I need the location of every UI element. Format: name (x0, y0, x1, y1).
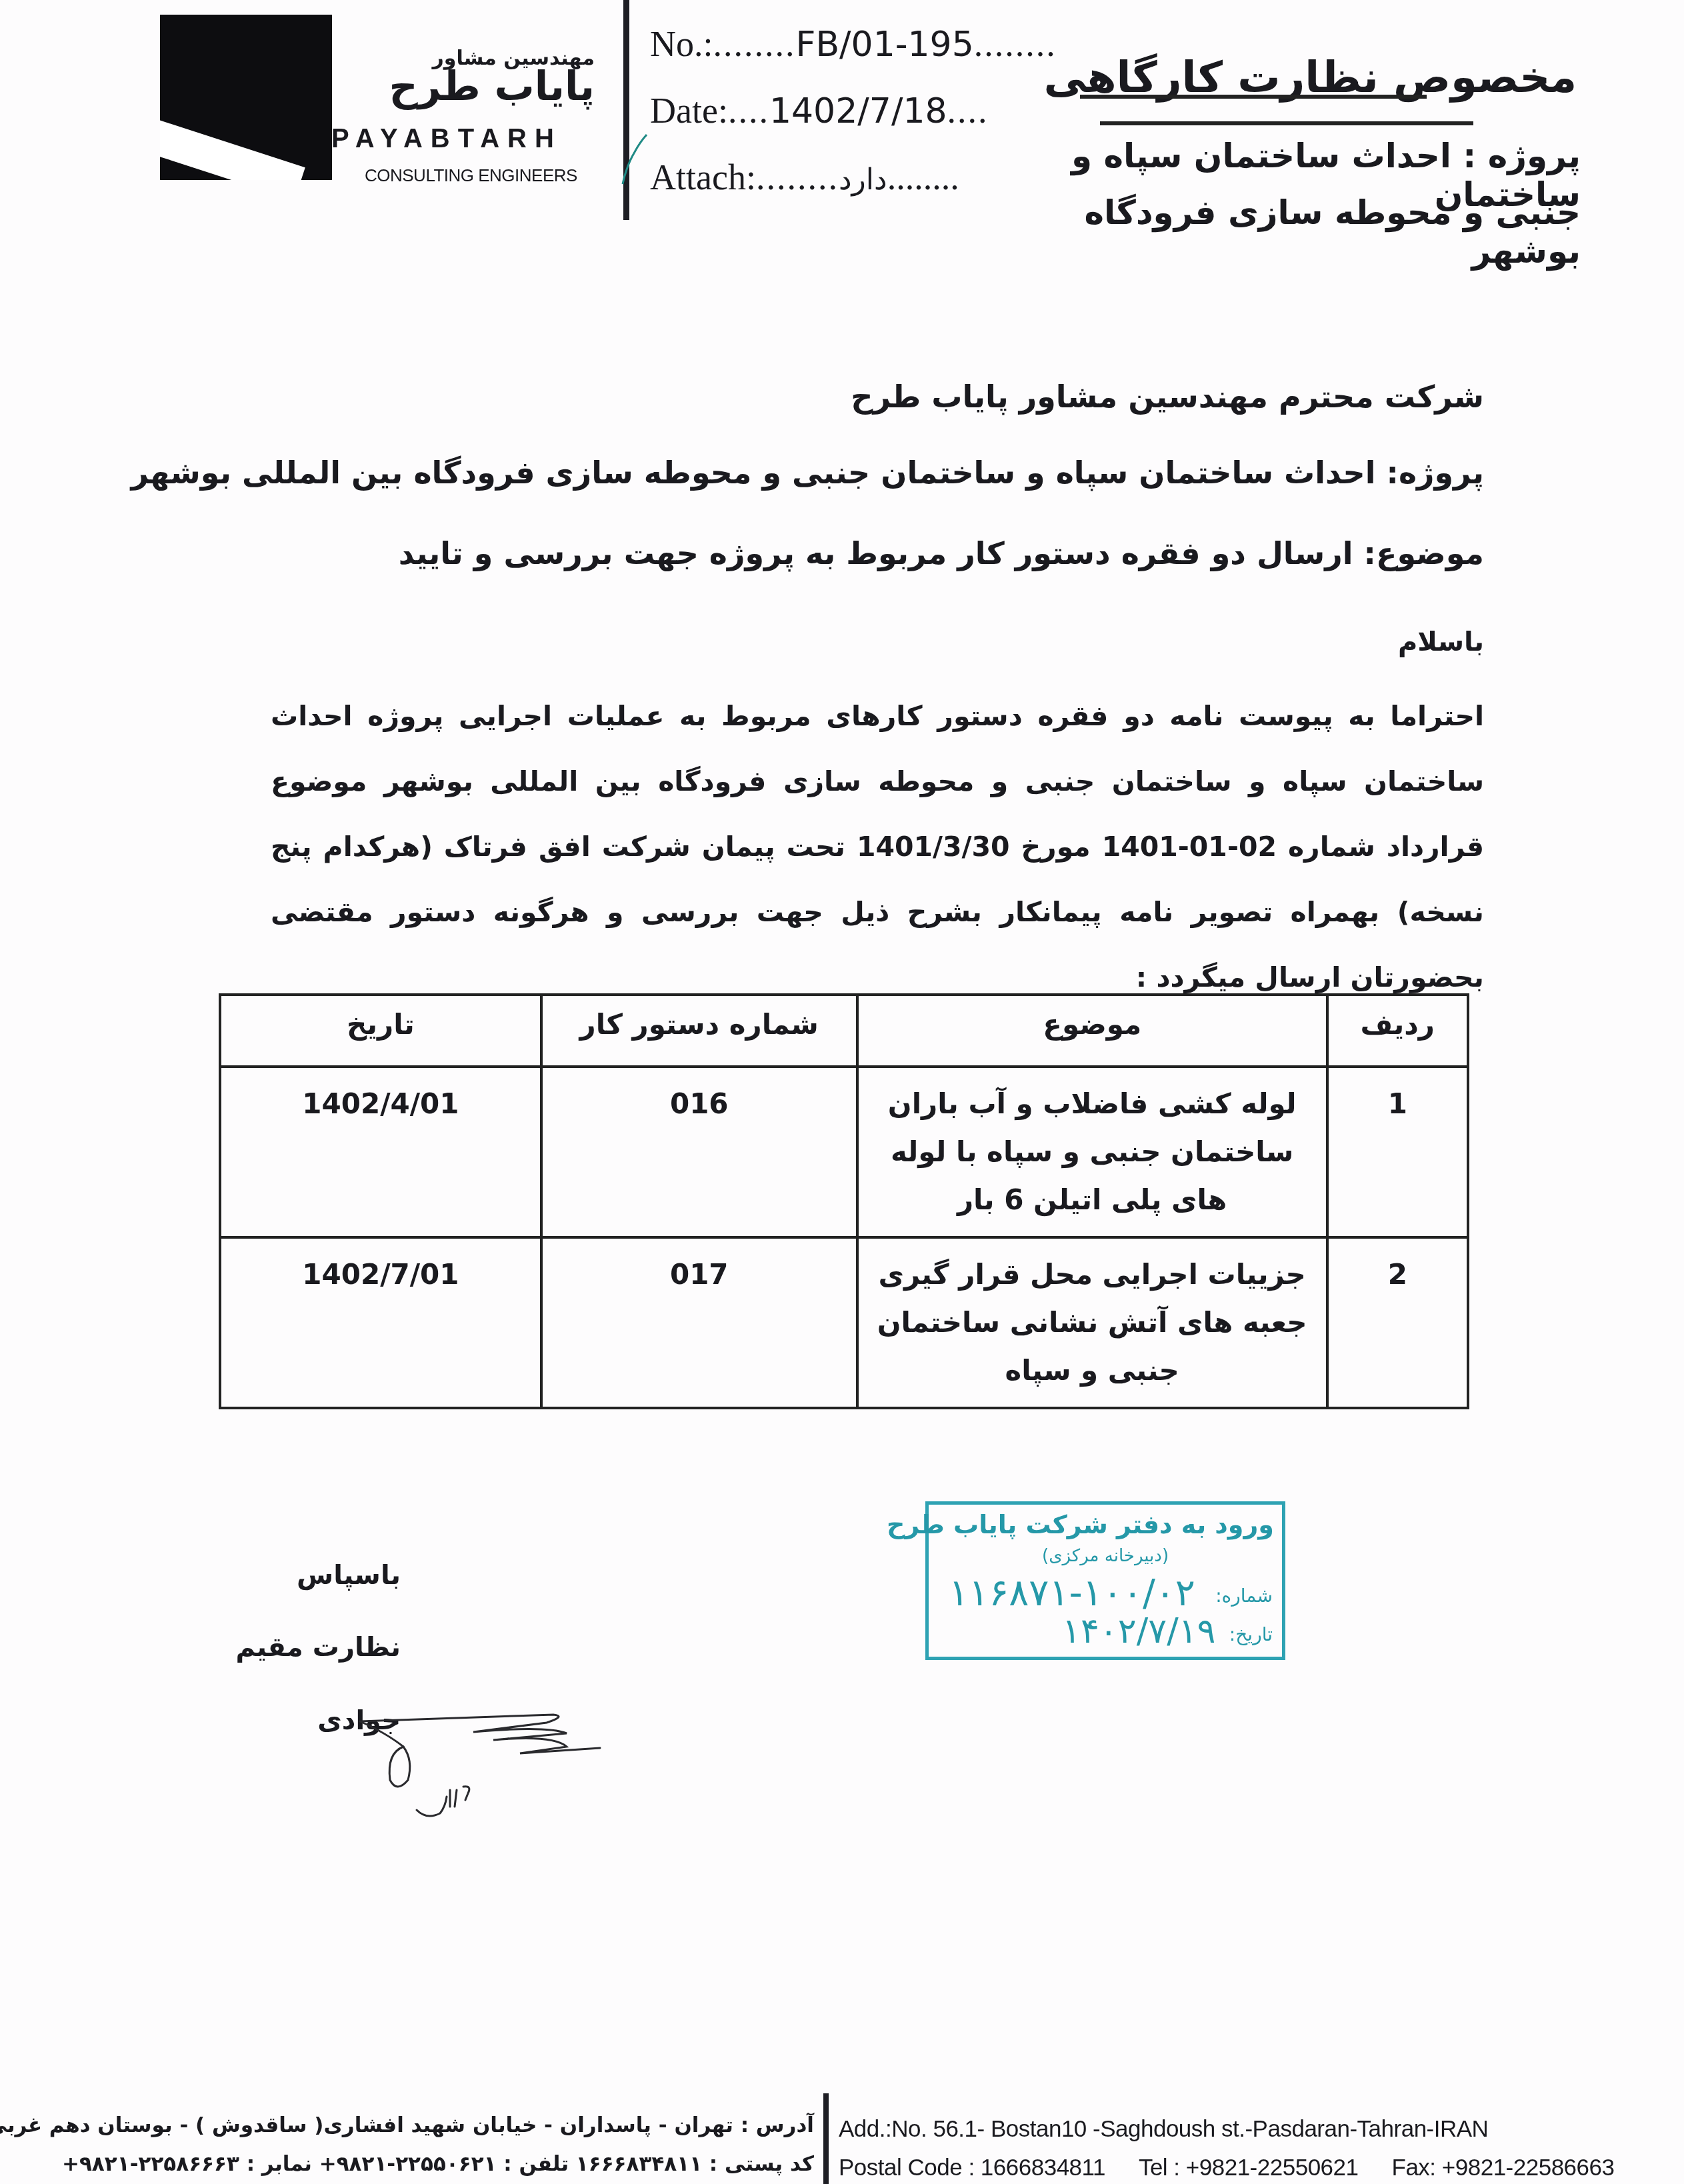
table-row: 2 جزییات اجرایی محل قرار گیری جعبه های آ… (220, 1237, 1468, 1408)
stamp-number-label: شماره: (1215, 1585, 1273, 1607)
footer-tel: Tel : +9821-22550621 (1139, 2155, 1359, 2181)
department-title: مخصوص نظارت کارگاهی (1080, 47, 1577, 127)
table-header-row: ردیف موضوع شماره دستور کار تاریخ (220, 995, 1468, 1067)
cell-row-number: 2 (1327, 1237, 1468, 1408)
cell-work-order-number: 016 (541, 1067, 857, 1237)
table-row: 1 لوله کشی فاضلاب و آب باران ساختمان جنب… (220, 1067, 1468, 1237)
project-header-line: جنبی و محوطه سازی فرودگاه بوشهر (981, 193, 1581, 271)
header-date: تاریخ (220, 995, 541, 1067)
cell-date: 1402/4/01 (220, 1067, 541, 1237)
stamp-subtitle: (دبیرخانه مرکزی) (1042, 1546, 1169, 1566)
cell-date: 1402/7/01 (220, 1237, 541, 1408)
ref-date-value: 1402/7/18 (769, 91, 947, 131)
ref-attach-label: Attach: (650, 157, 756, 197)
body-paragraph: احتراما به پیوست نامه دو فقره دستور کاره… (271, 683, 1484, 1010)
cell-work-order-number: 017 (541, 1237, 857, 1408)
footer-contact-fa: کد پستی : ۱۶۶۶۸۳۴۸۱۱ تلفن : ۲۲۵۵۰۶۲۱-۹۸۲… (62, 2152, 814, 2176)
reference-number: No.:........FB/01-195........ (650, 23, 1057, 65)
closing-thanks: باسپاس (297, 1560, 401, 1591)
footer-postal-code: Postal Code : 1666834811 (839, 2155, 1105, 2181)
company-logo-mark (160, 15, 332, 180)
stamp-title: ورود به دفتر شرکت پایاب طرح (887, 1510, 1274, 1539)
stamp-date-value: ۱۴۰۲/۷/۱۹ (1062, 1611, 1216, 1651)
handwritten-signature (347, 1707, 627, 1840)
subject-line: موضوع: ارسال دو فقره دستور کار مربوط به … (399, 535, 1484, 571)
ref-no-value: FB/01-195 (796, 25, 974, 65)
receipt-stamp: ورود به دفتر شرکت پایاب طرح (دبیرخانه مر… (925, 1501, 1285, 1660)
greeting: باسلام (1398, 627, 1484, 657)
header-divider (623, 0, 629, 220)
footer-fax: Fax: +9821-22586663 (1392, 2155, 1615, 2181)
logo-en-name: PAYABTARH (331, 124, 562, 154)
title-underline (1100, 121, 1473, 125)
reference-attachment: Attach:........دارد........ (650, 157, 959, 198)
logo-fa-name: پایاب طرح (373, 67, 595, 107)
header-subject: موضوع (857, 995, 1327, 1067)
stamp-number-value: ۱۱۶۸۷۱-۱۰۰/۰۲ (949, 1571, 1195, 1615)
reference-date: Date:....1402/7/18.... (650, 90, 989, 131)
cell-subject: جزییات اجرایی محل قرار گیری جعبه های آتش… (857, 1237, 1327, 1408)
project-line: پروژه: احداث ساختمان سپاه و ساختمان جنبی… (131, 455, 1484, 491)
work-orders-table: ردیف موضوع شماره دستور کار تاریخ 1 لوله … (219, 993, 1469, 1409)
title-underline (1080, 95, 1427, 99)
signer-role: نظارت مقیم (236, 1632, 401, 1663)
footer-address-en: Add.:No. 56.1- Bostan10 -Saghdoush st.-P… (839, 2116, 1488, 2143)
stamp-date-label: تاریخ: (1229, 1623, 1273, 1645)
ref-date-label: Date: (650, 91, 728, 131)
cell-row-number: 1 (1327, 1067, 1468, 1237)
cell-subject: لوله کشی فاضلاب و آب باران ساختمان جنبی … (857, 1067, 1327, 1237)
recipient: شرکت محترم مهندسین مشاور پایاب طرح (851, 379, 1484, 415)
header-work-order-number: شماره دستور کار (541, 995, 857, 1067)
logo-en-subtitle: CONSULTING ENGINEERS (365, 165, 577, 186)
header-row-number: ردیف (1327, 995, 1468, 1067)
footer-address-fa: آدرس : تهران - پاسداران - خیابان شهید اف… (0, 2113, 814, 2137)
ref-no-label: No.: (650, 24, 713, 64)
ref-attach-value: دارد (839, 163, 887, 197)
footer-divider (823, 2093, 829, 2184)
logo-bar-shape (160, 116, 305, 180)
footer-contact-en: Postal Code : 1666834811Tel : +9821-2255… (839, 2155, 1614, 2181)
